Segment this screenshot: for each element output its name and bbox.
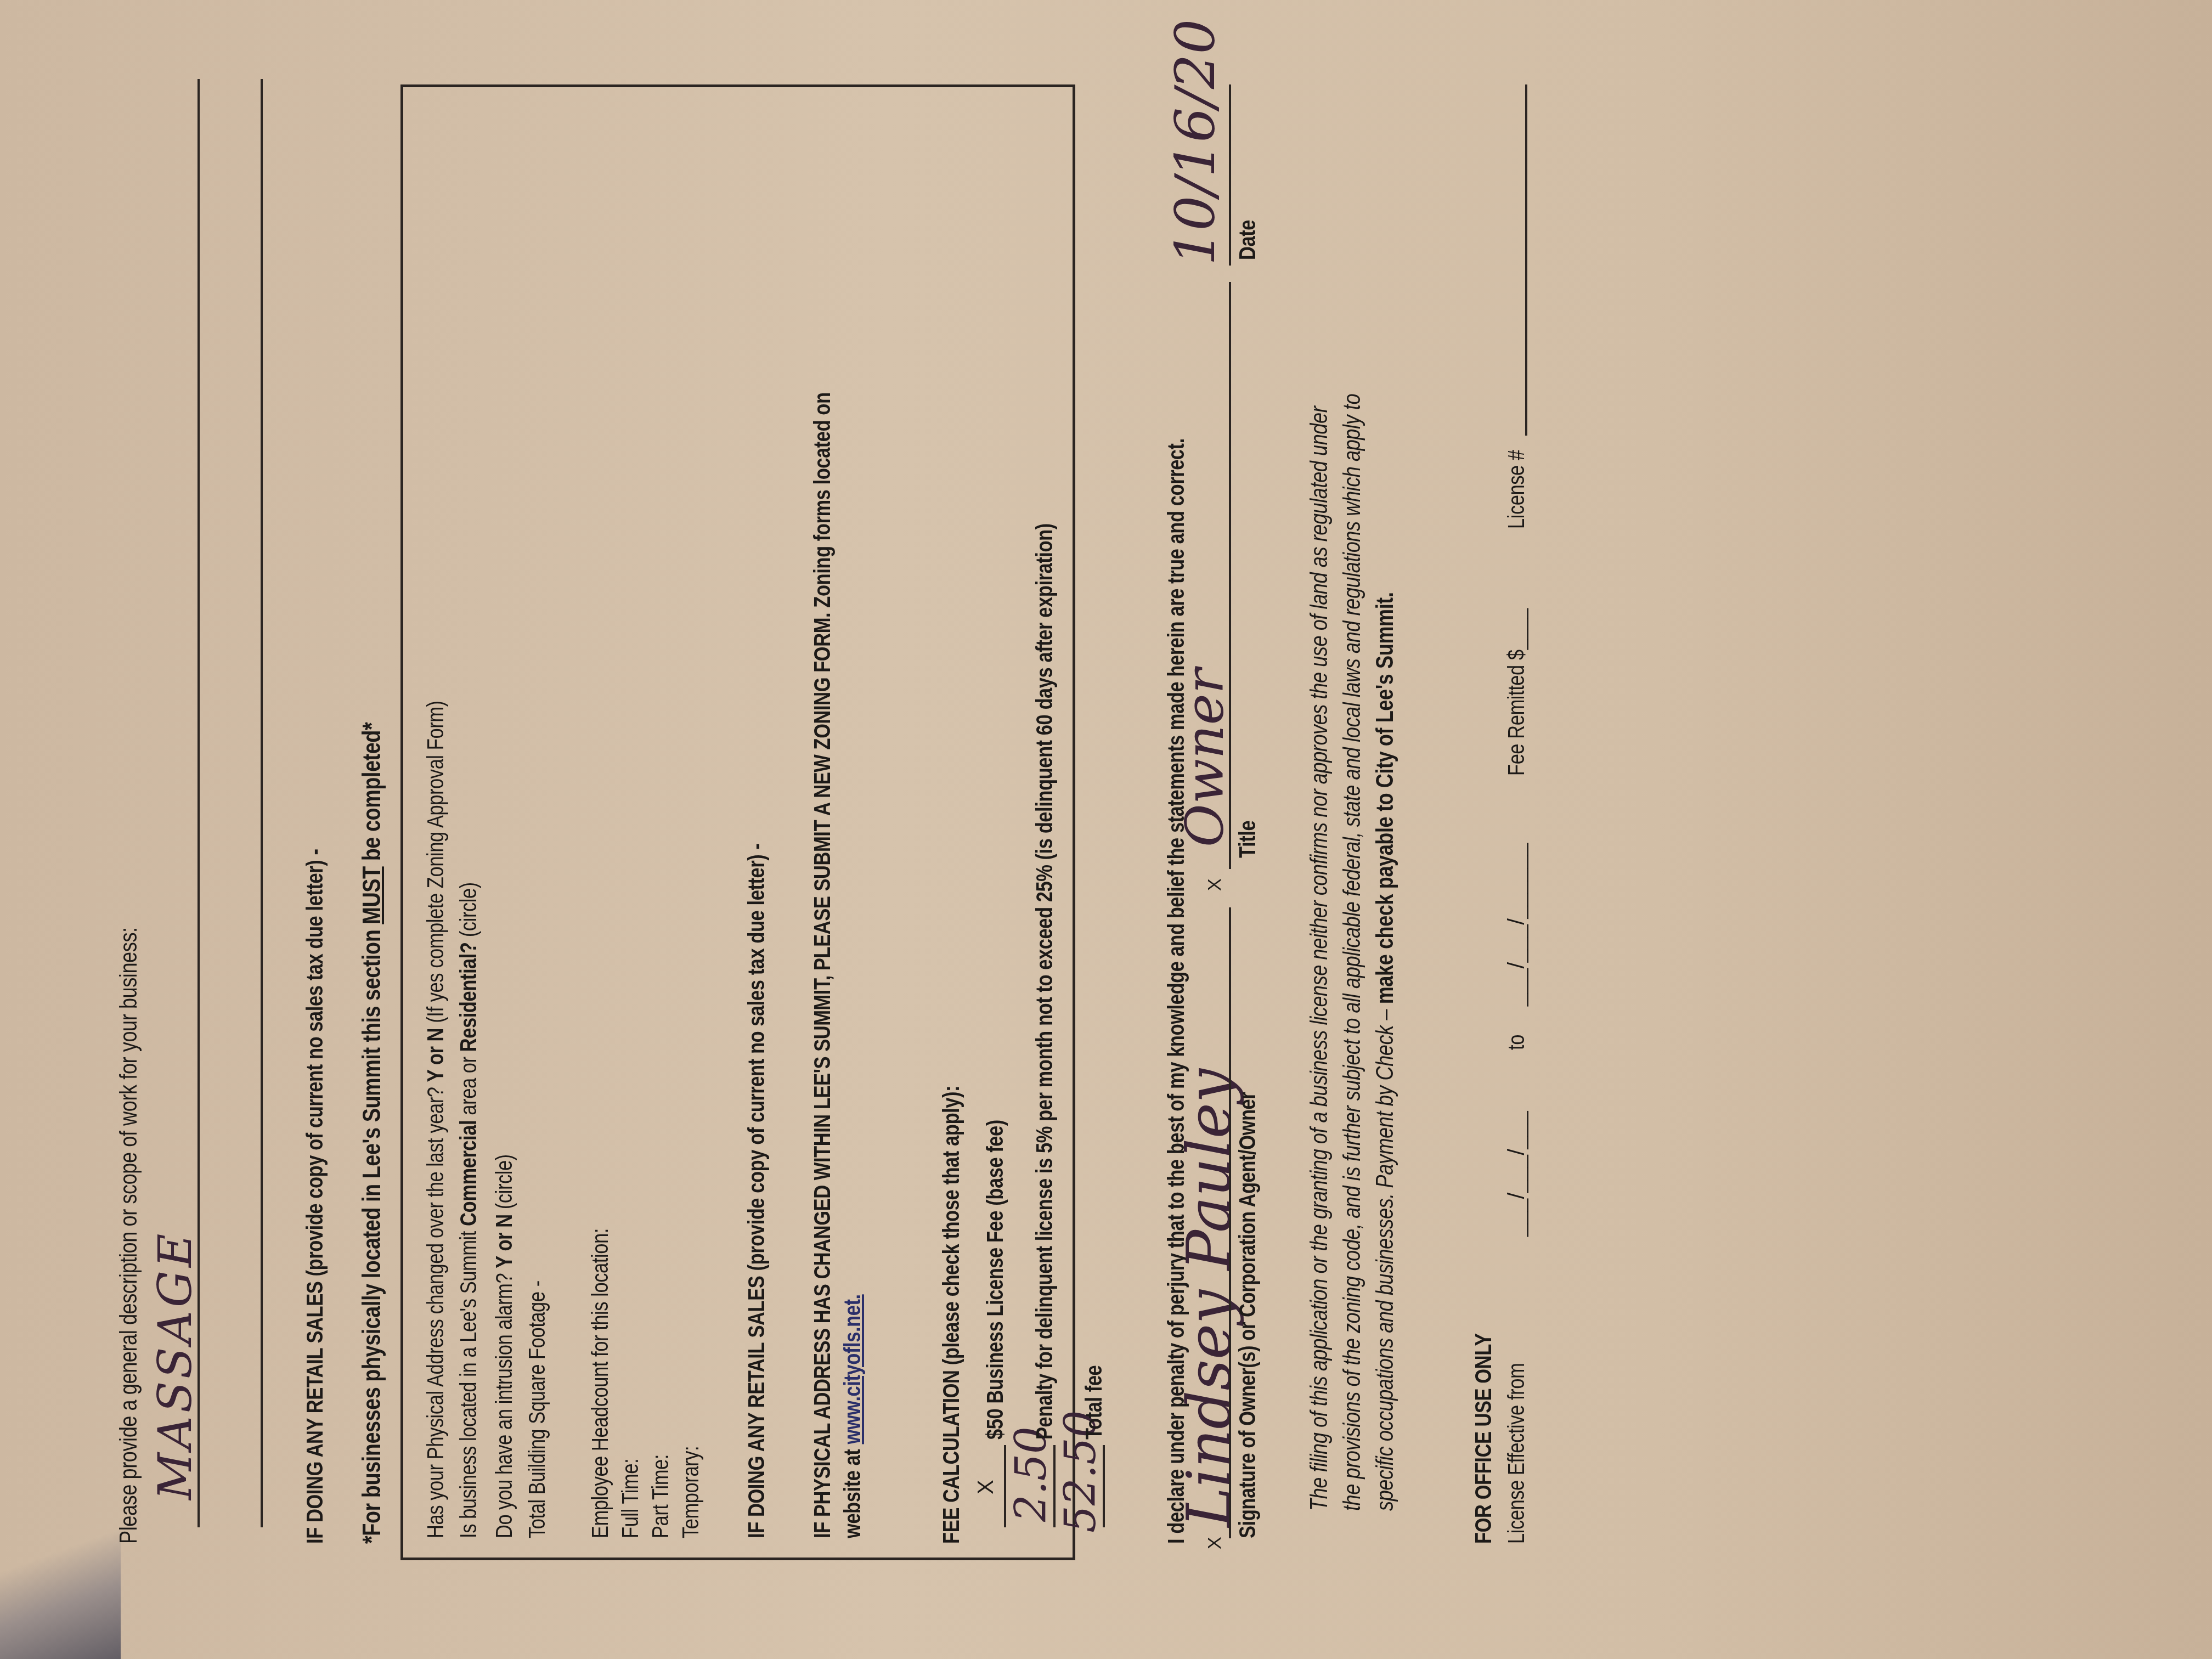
title-label: Title xyxy=(1234,821,1261,858)
license-number-label: License # xyxy=(1503,450,1530,529)
effective-from-field[interactable]: ___/___/___ xyxy=(1503,1111,1530,1237)
alarm-options[interactable]: Y or N xyxy=(491,1214,517,1268)
heading-must: MUST xyxy=(357,866,386,924)
fee-base-label: $50 Business License Fee (base fee) xyxy=(982,1120,1008,1440)
license-number-line[interactable] xyxy=(1525,84,1527,436)
fee-penalty-label: Penalty for delinquent license is 5% per… xyxy=(1031,523,1058,1440)
address-changed-question: Has your Physical Address changed over t… xyxy=(422,701,449,1538)
description-answer[interactable]: MASSAGE xyxy=(148,1231,202,1500)
date-line xyxy=(1229,84,1231,266)
effective-to-field[interactable]: ___/___/______ xyxy=(1503,843,1530,1006)
square-footage-label: Total Building Square Footage - xyxy=(524,1280,550,1538)
date-value[interactable]: 10/16/20 xyxy=(1163,19,1227,266)
alarm-label: Do you have an intrusion alarm? xyxy=(491,1273,517,1538)
title-line xyxy=(1229,282,1231,869)
fee-penalty-value[interactable]: 2.50 xyxy=(1007,1426,1056,1522)
retail-sales-2-bold: IF DOING ANY RETAIL SALES xyxy=(743,1276,769,1538)
signature-x: X xyxy=(1204,1537,1226,1549)
form-page: Please provide a general description or … xyxy=(0,0,2212,1659)
effective-from-label: License Effective from xyxy=(1503,1363,1530,1544)
disclaimer-line-3-plain: specific occupations and businesses. Pay… xyxy=(1372,1004,1398,1511)
retail-sales-question-2: IF DOING ANY RETAIL SALES (provide copy … xyxy=(743,843,770,1538)
fee-remitted-field[interactable]: Fee Remitted $____ xyxy=(1503,608,1530,776)
title-x: X xyxy=(1204,879,1226,891)
description-line-1 xyxy=(198,79,200,1527)
zone-mid: area or xyxy=(455,1052,481,1120)
description-line-2 xyxy=(261,79,263,1527)
office-use-heading: FOR OFFICE USE ONLY xyxy=(1470,1334,1497,1544)
address-changed-options[interactable]: Y or N xyxy=(422,1028,448,1082)
retail-sales-bold: IF DOING ANY RETAIL SALES xyxy=(302,1282,328,1544)
retail-sales-2-rest: (provide copy of current no sales tax du… xyxy=(743,843,769,1271)
description-prompt: Please provide a general description or … xyxy=(115,927,143,1544)
fee-base-check[interactable]: X xyxy=(974,1480,998,1494)
part-time-label: Part Time: xyxy=(647,1454,674,1538)
heading-prefix: *For businesses physically located in Le… xyxy=(357,924,386,1544)
website-line: website at www.cityofls.net. xyxy=(839,1294,866,1538)
full-time-label: Full Time: xyxy=(617,1459,644,1538)
alarm-question: Do you have an intrusion alarm? Y or N (… xyxy=(491,1154,517,1538)
fee-line-base xyxy=(1004,1445,1006,1527)
address-change-notice: IF PHYSICAL ADDRESS HAS CHANGED WITHIN L… xyxy=(809,392,836,1538)
disclaimer-line-3: specific occupations and businesses. Pay… xyxy=(1372,592,1399,1511)
signature-value[interactable]: Lindsey Pauley xyxy=(1174,1069,1244,1527)
alarm-suffix: (circle) xyxy=(491,1154,517,1209)
date-label: Date xyxy=(1234,220,1261,260)
disclaimer-line-3-bold: make check payable to City of Lee's Summ… xyxy=(1372,592,1398,1004)
temporary-label: Temporary: xyxy=(678,1446,704,1538)
disclaimer-line-1: The filing of this application or the gr… xyxy=(1306,407,1333,1511)
to-label: to xyxy=(1503,1035,1530,1050)
signature-line xyxy=(1229,907,1231,1538)
zone-prefix: Is business located in a Lee's Summit xyxy=(455,1226,481,1538)
title-value[interactable]: Owner xyxy=(1174,669,1235,847)
zone-question: Is business located in a Lee's Summit Co… xyxy=(455,882,482,1538)
zone-residential-option[interactable]: Residential? xyxy=(455,942,481,1052)
fee-heading: FEE CALCULATION (please check those that… xyxy=(938,1086,964,1544)
headcount-label: Employee Headcount for this location: xyxy=(587,1228,613,1538)
address-changed-note: (If yes complete Zoning Approval Form) xyxy=(422,701,448,1023)
heading-suffix: be completed* xyxy=(357,723,386,867)
zone-commercial-option[interactable]: Commercial xyxy=(455,1120,481,1226)
zone-suffix: (circle) xyxy=(455,882,481,942)
signature-label: Signature of Owner(s) or Corporation Age… xyxy=(1234,1092,1261,1538)
address-changed-label: Has your Physical Address changed over t… xyxy=(422,1087,448,1538)
retail-sales-question: IF DOING ANY RETAIL SALES (provide copy … xyxy=(302,849,328,1544)
website-link[interactable]: www.cityofls.net. xyxy=(839,1294,865,1444)
disclaimer-line-2: the provisions of the zoning code, and i… xyxy=(1339,394,1366,1511)
fee-total-label: Total fee xyxy=(1081,1365,1107,1440)
location-section-heading: *For businesses physically located in Le… xyxy=(357,723,386,1544)
website-prefix: website at xyxy=(839,1444,865,1538)
retail-sales-rest: (provide copy of current no sales tax du… xyxy=(302,849,328,1276)
